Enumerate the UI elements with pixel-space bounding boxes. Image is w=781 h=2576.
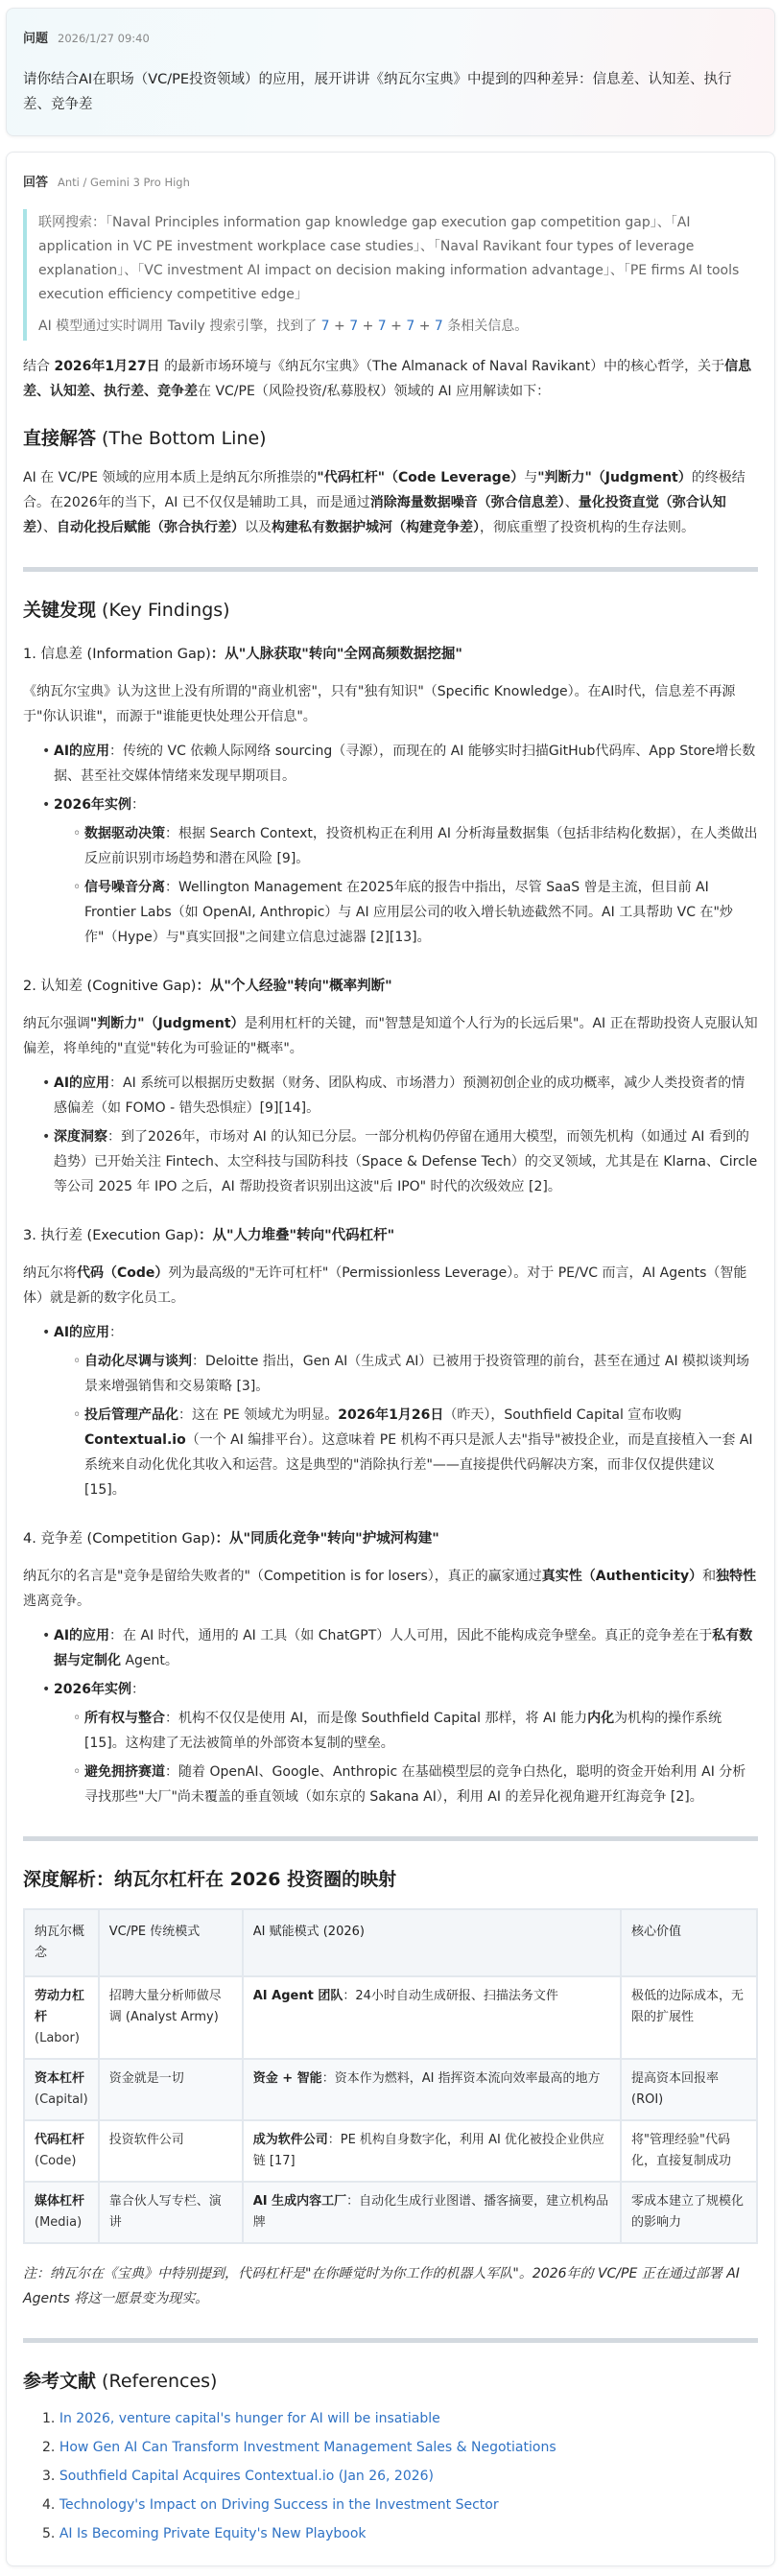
chat-transcript: 问题 2026/1/27 09:40 请你结合AI在职场（VC/PE投资领域）的… xyxy=(0,0,781,2576)
question-card: 问题 2026/1/27 09:40 请你结合AI在职场（VC/PE投资领域）的… xyxy=(6,8,775,136)
gap1-body: 《纳瓦尔宝典》认为这世上没有所谓的"商业机密"，只有"独有知识"（Specifi… xyxy=(23,679,758,729)
answer-card: 回答 Anti / Gemini 3 Pro High 联网搜索：「Naval … xyxy=(6,152,775,2566)
result-count-link[interactable]: 7 xyxy=(349,319,358,334)
table-header: 核心价值 xyxy=(621,1909,757,1976)
reference-link[interactable]: Southfield Capital Acquires Contextual.i… xyxy=(59,2469,434,2484)
gap3-cases: 自动化尽调与谈判：Deloitte 指出，Gen AI（生成式 AI）已被用于投… xyxy=(54,1349,758,1502)
list-item: AI的应用：AI 系统可以根据历史数据（财务、团队构成、市场潜力）预测初创企业的… xyxy=(44,1071,758,1121)
reference-item: 4. Technology's Impact on Driving Succes… xyxy=(42,2494,758,2516)
table-cell: 招聘大量分析师做尽调 (Analyst Army) xyxy=(99,1976,243,2059)
intro-paragraph: 结合 2026年1月27日 的最新市场环境与《纳瓦尔宝典》（The Almana… xyxy=(23,354,758,404)
list-item: 所有权与整合：机构不仅仅是使用 AI，而是像 Southfield Capita… xyxy=(75,1706,758,1756)
reference-item: 3. Southfield Capital Acquires Contextua… xyxy=(42,2466,758,2487)
gap3-body: 纳瓦尔将代码（Code）列为最高级的"无许可杠杆"（Permissionless… xyxy=(23,1261,758,1311)
table-row: 媒体杠杆(Media) 靠合伙人写专栏、演讲 AI 生成内容工厂：自动化生成行业… xyxy=(24,2182,757,2243)
list-item: 深度洞察：到了2026年，市场对 AI 的认知已分层。一部分机构仍停留在通用大模… xyxy=(44,1124,758,1199)
table-cell: 资金 + 智能：资本作为燃料，AI 指挥资本流向效率最高的地方 xyxy=(243,2059,621,2120)
question-text: 请你结合AI在职场（VC/PE投资领域）的应用，展开讲讲《纳瓦尔宝典》中提到的四… xyxy=(23,67,758,117)
table-cell: 将"管理经验"代码化，直接复制成功 xyxy=(621,2120,757,2182)
reference-item: 2. How Gen AI Can Transform Investment M… xyxy=(42,2437,758,2458)
web-search-summary: 联网搜索：「Naval Principles information gap k… xyxy=(23,209,758,341)
section-divider xyxy=(23,2338,758,2343)
deep-dive-heading: 深度解析：纳瓦尔杠杆在 2026 投资圈的映射 xyxy=(23,1866,758,1893)
key-findings-heading: 关键发现 (Key Findings) xyxy=(23,597,758,624)
gap3-heading: 3. 执行差 (Execution Gap)：从"人力堆叠"转向"代码杠杆" xyxy=(23,1224,758,1247)
list-item: AI的应用： 自动化尽调与谈判：Deloitte 指出，Gen AI（生成式 A… xyxy=(44,1320,758,1502)
table-header: AI 赋能模式 (2026) xyxy=(243,1909,621,1976)
reference-item: 1. In 2026, venture capital's hunger for… xyxy=(42,2408,758,2429)
search-queries: 联网搜索：「Naval Principles information gap k… xyxy=(38,211,758,307)
list-item: 投后管理产品化：这在 PE 领域尤为明显。2026年1月26日（昨天），Sout… xyxy=(75,1403,758,1502)
table-header: 纳瓦尔概念 xyxy=(24,1909,99,1976)
gap1-cases: 数据驱动决策：根据 Search Context，投资机构正在利用 AI 分析海… xyxy=(54,821,758,950)
table-row: 资本杠杆(Capital) 资金就是一切 资金 + 智能：资本作为燃料，AI 指… xyxy=(24,2059,757,2120)
answer-label: 回答 xyxy=(23,172,48,190)
table-cell: AI 生成内容工厂：自动化生成行业图谱、播客摘要，建立机构品牌 xyxy=(243,2182,621,2243)
table-cell: 投资软件公司 xyxy=(99,2120,243,2182)
gap2-heading: 2. 认知差 (Cognitive Gap)：从"个人经验"转向"概率判断" xyxy=(23,975,758,998)
list-item: AI的应用：传统的 VC 依赖人际网络 sourcing（寻源），而现在的 AI… xyxy=(44,739,758,789)
table-note: 注：纳瓦尔在《宝典》中特别提到，代码杠杆是"在你睡觉时为你工作的机器人军队"。2… xyxy=(23,2261,758,2311)
gap4-cases: 所有权与整合：机构不仅仅是使用 AI，而是像 Southfield Capita… xyxy=(54,1706,758,1809)
gap1-heading: 1. 信息差 (Information Gap)：从"人脉获取"转向"全网高频数… xyxy=(23,643,758,666)
table-cell: 劳动力杠杆(Labor) xyxy=(24,1976,99,2059)
table-cell: 资金就是一切 xyxy=(99,2059,243,2120)
table-cell: 代码杠杆(Code) xyxy=(24,2120,99,2182)
table-cell: 资本杠杆(Capital) xyxy=(24,2059,99,2120)
search-result-count: AI 模型通过实时调用 Tavily 搜索引擎，找到了 7 + 7 + 7 + … xyxy=(38,315,758,339)
reference-link[interactable]: AI Is Becoming Private Equity's New Play… xyxy=(59,2526,367,2541)
table-cell: 提高资本回报率 (ROI) xyxy=(621,2059,757,2120)
list-item: 数据驱动决策：根据 Search Context，投资机构正在利用 AI 分析海… xyxy=(75,821,758,871)
model-name: Anti / Gemini 3 Pro High xyxy=(58,176,190,189)
gap4-body: 纳瓦尔的名言是"竞争是留给失败者的"（Competition is for lo… xyxy=(23,1564,758,1614)
table-cell: 极低的边际成本，无限的扩展性 xyxy=(621,1976,757,2059)
list-item: 避免拥挤赛道：随着 OpenAI、Google、Anthropic 在基础模型层… xyxy=(75,1760,758,1809)
table-cell: AI Agent 团队：24小时自动生成研报、扫描法务文件 xyxy=(243,1976,621,2059)
table-cell: 媒体杠杆(Media) xyxy=(24,2182,99,2243)
result-count-link[interactable]: 7 xyxy=(321,319,330,334)
section-divider xyxy=(23,567,758,572)
list-item: AI的应用：在 AI 时代，通用的 AI 工具（如 ChatGPT）人人可用，因… xyxy=(44,1623,758,1673)
table-cell: 零成本建立了规模化的影响力 xyxy=(621,2182,757,2243)
table-header-row: 纳瓦尔概念 VC/PE 传统模式 AI 赋能模式 (2026) 核心价值 xyxy=(24,1909,757,1976)
reference-link[interactable]: In 2026, venture capital's hunger for AI… xyxy=(59,2411,440,2426)
gap3-list: AI的应用： 自动化尽调与谈判：Deloitte 指出，Gen AI（生成式 A… xyxy=(23,1320,758,1502)
reference-link[interactable]: Technology's Impact on Driving Success i… xyxy=(59,2497,499,2513)
reference-link[interactable]: How Gen AI Can Transform Investment Mana… xyxy=(59,2440,556,2455)
table-cell: 靠合伙人写专栏、演讲 xyxy=(99,2182,243,2243)
gap2-body: 纳瓦尔强调"判断力"（Judgment）是利用杠杆的关键，而"智慧是知道个人行为… xyxy=(23,1011,758,1061)
list-item: 信号噪音分离：Wellington Management 在2025年底的报告中… xyxy=(75,875,758,950)
result-count-link[interactable]: 7 xyxy=(406,319,414,334)
bottom-line-heading: 直接解答 (The Bottom Line) xyxy=(23,425,758,452)
answer-header: 回答 Anti / Gemini 3 Pro High xyxy=(23,172,758,190)
bottom-line-paragraph: AI 在 VC/PE 领域的应用本质上是纳瓦尔所推崇的"代码杠杆"（Code L… xyxy=(23,465,758,540)
result-count-link[interactable]: 7 xyxy=(435,319,443,334)
table-row: 代码杠杆(Code) 投资软件公司 成为软件公司：PE 机构自身数字化，利用 A… xyxy=(24,2120,757,2182)
references-heading: 参考文献 (References) xyxy=(23,2368,758,2395)
question-timestamp: 2026/1/27 09:40 xyxy=(58,32,150,45)
gap1-list: AI的应用：传统的 VC 依赖人际网络 sourcing（寻源），而现在的 AI… xyxy=(23,739,758,950)
gap4-heading: 4. 竞争差 (Competition Gap)：从"同质化竞争"转向"护城河构… xyxy=(23,1527,758,1550)
list-item: 2026年实例： 所有权与整合：机构不仅仅是使用 AI，而是像 Southfie… xyxy=(44,1677,758,1809)
question-header: 问题 2026/1/27 09:40 xyxy=(23,28,758,46)
gap2-list: AI的应用：AI 系统可以根据历史数据（财务、团队构成、市场潜力）预测初创企业的… xyxy=(23,1071,758,1199)
gap4-list: AI的应用：在 AI 时代，通用的 AI 工具（如 ChatGPT）人人可用，因… xyxy=(23,1623,758,1809)
references-list: 1. In 2026, venture capital's hunger for… xyxy=(23,2408,758,2544)
list-item: 自动化尽调与谈判：Deloitte 指出，Gen AI（生成式 AI）已被用于投… xyxy=(75,1349,758,1399)
question-label: 问题 xyxy=(23,28,48,46)
list-item: 2026年实例： 数据驱动决策：根据 Search Context，投资机构正在… xyxy=(44,792,758,950)
result-count-link[interactable]: 7 xyxy=(378,319,387,334)
table-row: 劳动力杠杆(Labor) 招聘大量分析师做尽调 (Analyst Army) A… xyxy=(24,1976,757,2059)
table-cell: 成为软件公司：PE 机构自身数字化，利用 AI 优化被投企业供应链 [17] xyxy=(243,2120,621,2182)
leverage-mapping-table: 纳瓦尔概念 VC/PE 传统模式 AI 赋能模式 (2026) 核心价值 劳动力… xyxy=(23,1908,758,2244)
section-divider xyxy=(23,1836,758,1841)
table-header: VC/PE 传统模式 xyxy=(99,1909,243,1976)
reference-item: 5. AI Is Becoming Private Equity's New P… xyxy=(42,2523,758,2544)
